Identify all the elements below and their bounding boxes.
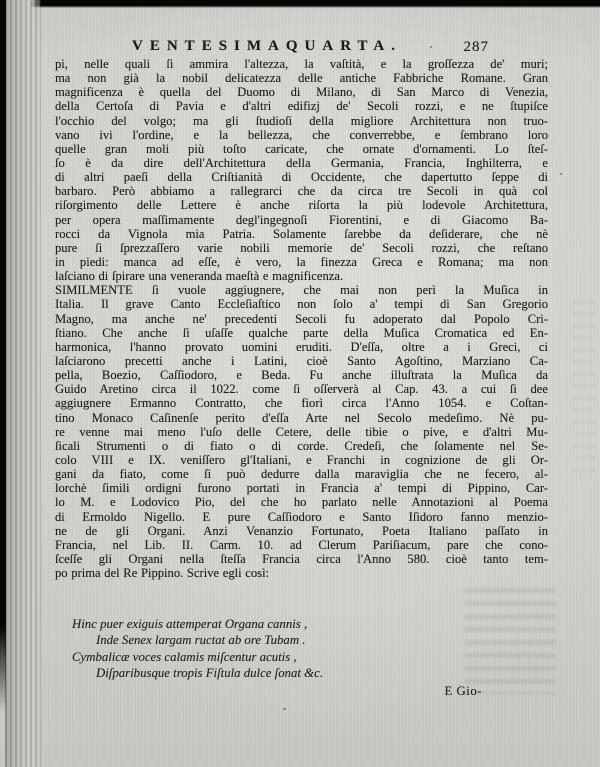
text-line: vano ivi l'ordine, e la bellezza, che co… — [55, 128, 548, 142]
verse-line: Diſparibusque tropis Fiſtula dulce ſonat… — [96, 665, 492, 681]
paper-speck — [430, 46, 432, 48]
text-line: re venne mai meno l'uſo delle Cetere, de… — [55, 425, 548, 439]
text-line: ne de gli Organi. Anzi Venanzio Fortunat… — [55, 524, 548, 538]
text-line: lo M. e Lodovico Pio, del che ho parlato… — [55, 495, 548, 509]
text-line: lorchè ſimili ordigni furono portati in … — [55, 481, 548, 495]
text-line: po prima del Re Pippino. Scrive egli cos… — [55, 566, 548, 580]
text-line: Francia, nel Lib. II. Carm. 10. ad Cleru… — [55, 538, 548, 552]
text-line: rocci da Vignola mia Patria. Solamente ſ… — [55, 227, 548, 241]
paragraph-architecture: pi, nelle quali ſi ammira l'altezza, la … — [55, 57, 548, 283]
latin-verse-quote: Hinc puer exiguis attemperat Organa cann… — [62, 616, 492, 681]
text-line: pella, Boezio, Caſſiodoro, e Beda. Fu an… — [55, 368, 548, 382]
text-line: in piedi: manca ad eſſe, è vero, la fine… — [55, 255, 548, 269]
text-line: harmonica, l'hanno provato uomini erudit… — [55, 340, 548, 354]
text-line: gani da fiato, come ſi può dedurre dalla… — [55, 467, 548, 481]
text-line: della Certoſa di Pavia e d'altri edifizj… — [55, 99, 548, 113]
text-line: ſicali Strumenti o di fiato o di corde. … — [55, 439, 548, 453]
body-text: pi, nelle quali ſi ammira l'altezza, la … — [55, 57, 548, 580]
text-line: barbaro. Però abbiamo a rallegrarci che … — [55, 184, 548, 198]
text-line: laſciarono precetti anche i Latini, cioè… — [55, 354, 548, 368]
text-line: ſceſſe gli Organi nella ſteſſa Francia c… — [55, 552, 548, 566]
text-line: ma non già la nobil delicatezza delle an… — [55, 71, 548, 85]
text-line: SIMILMENTE ſi vuole aggiugnere, che mai … — [55, 283, 548, 297]
verse-line: Inde Senex largam ructat ab ore Tubam . — [96, 632, 492, 648]
text-line: per opera maſſimamente degl'ingegnoſi Fi… — [55, 213, 548, 227]
page-number: 287 — [464, 39, 490, 56]
text-line: laſciano di ſpirare una veneranda maeſtà… — [55, 269, 548, 283]
verse-line: Hinc puer exiguis attemperat Organa cann… — [72, 616, 492, 632]
text-line: di Ermoldo Nigello. E pure Caſſiodoro e … — [55, 510, 548, 524]
paper-speck — [560, 173, 562, 175]
text-line: pi, nelle quali ſi ammira l'altezza, la … — [55, 57, 548, 71]
photo-border-top — [0, 0, 600, 8]
text-line: di altri paeſi della Criſtianità di Occi… — [55, 170, 548, 184]
text-line: riſorgimento delle Lettere è anche riſor… — [55, 198, 548, 212]
photo-border-left — [0, 0, 6, 712]
text-line: aggiugnere Ermanno Contratto, che fiorì … — [55, 396, 548, 410]
text-line: pure ſi ſprezzaſſero varie nobili memori… — [55, 241, 548, 255]
chapter-title: VENTESIMAQUARTA. — [132, 38, 402, 55]
text-line: Magno, ma anche ne' precedenti Secoli fu… — [55, 312, 548, 326]
catchword: E Gio- — [445, 684, 482, 699]
paper-speck — [283, 708, 286, 710]
scanned-book-page: VENTESIMAQUARTA. 287 pi, nelle quali ſi … — [0, 0, 600, 767]
text-line: l'occhio del volgo; ma gli ſtudioſi dell… — [55, 114, 548, 128]
text-line: Guido Aretino circa il 1022. come ſi oſſ… — [55, 382, 548, 396]
text-line: colo VIII e IX. veniſſero gl'Italiani, e… — [55, 453, 548, 467]
text-line: magnificenza è quella del Duomo di Milan… — [55, 85, 548, 99]
text-line: quelle gran moli più toſto caricate, che… — [55, 142, 548, 156]
paragraph-music: SIMILMENTE ſi vuole aggiugnere, che mai … — [55, 283, 548, 580]
text-line: Italia. Il grave Canto Eccleſiaſtico non… — [55, 297, 548, 311]
text-line: ſo è da dire dell'Architettura della Ger… — [55, 156, 548, 170]
book-gutter-edge — [5, 0, 41, 767]
verse-line: Cymbalicæ voces calamis miſcentur acutis… — [72, 649, 492, 665]
text-line: ſtiano. Che anche ſi uſaſſe qualche part… — [55, 326, 548, 340]
text-line: tino Monaco Caſinenſe perito d'eſſa Arte… — [55, 411, 548, 425]
